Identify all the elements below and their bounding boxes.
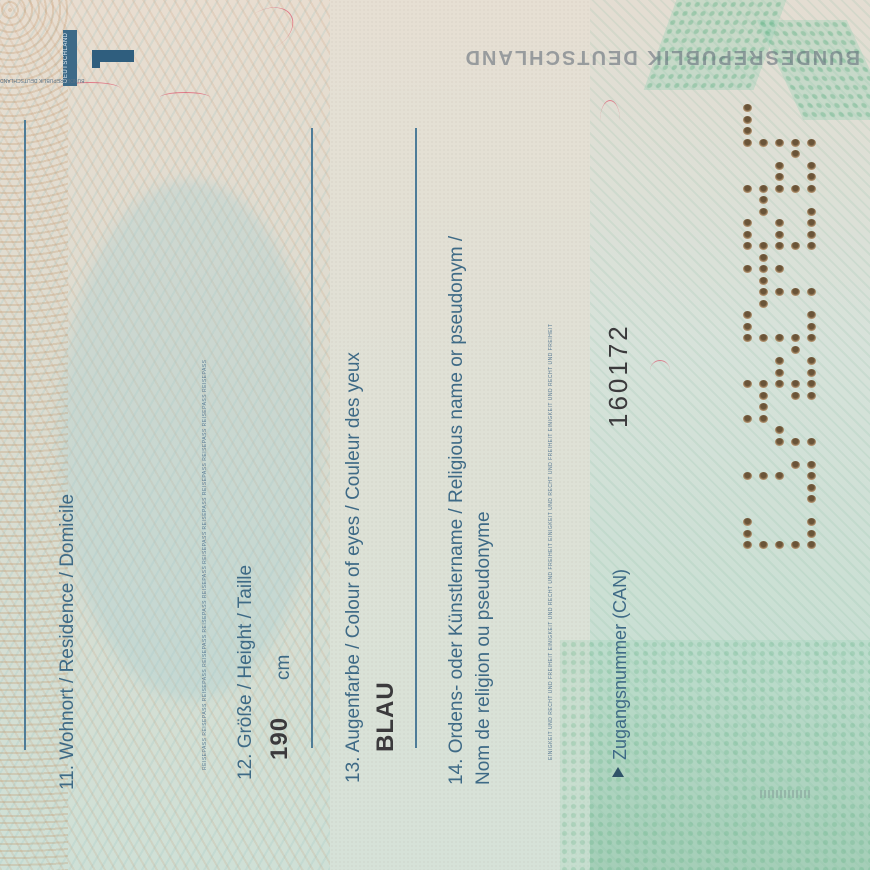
perforation-hole bbox=[743, 265, 752, 273]
perforation-hole bbox=[807, 139, 816, 147]
perforation-hole bbox=[775, 426, 784, 434]
perforation-hole bbox=[807, 231, 816, 239]
perforation-hole bbox=[807, 392, 816, 400]
perforation-hole bbox=[791, 461, 800, 469]
perforated-document-number bbox=[735, 100, 825, 680]
perforation-hole bbox=[775, 288, 784, 296]
perforation-hole bbox=[775, 242, 784, 250]
perforation-hole bbox=[759, 403, 768, 411]
perforation-hole bbox=[791, 380, 800, 388]
perforation-hole bbox=[759, 242, 768, 250]
perforation-hole bbox=[807, 173, 816, 181]
perforation-hole bbox=[807, 334, 816, 342]
perforation-hole bbox=[759, 196, 768, 204]
mirrored-header-text: BUNDESREPUBLIK DEUTSCHLAND bbox=[140, 44, 860, 70]
perforation-hole bbox=[807, 311, 816, 319]
field-label-height: 12. Größe / Height / Taille bbox=[236, 535, 257, 780]
perforation-hole bbox=[807, 518, 816, 526]
perforation-hole bbox=[759, 380, 768, 388]
triangle-up-icon bbox=[612, 767, 624, 777]
perforation-hole bbox=[759, 541, 768, 549]
perforation-hole bbox=[807, 541, 816, 549]
perforation-hole bbox=[791, 150, 800, 158]
field-unit-height: cm bbox=[273, 645, 295, 680]
perforation-hole bbox=[807, 369, 816, 377]
perforation-hole bbox=[791, 185, 800, 193]
perforation-hole bbox=[791, 139, 800, 147]
field-label-residence: 11. Wohnort / Residence / Domicile bbox=[58, 440, 79, 790]
security-fiber bbox=[600, 100, 620, 141]
microprint-line: EINIGKEIT UND RECHT UND FREIHEIT EINIGKE… bbox=[548, 120, 554, 760]
field-value-height: 190 bbox=[266, 700, 294, 760]
security-fiber bbox=[160, 92, 210, 103]
field-label-religious-name: 14. Ordens- oder Künstlername / Religiou… bbox=[447, 155, 468, 785]
perforation-hole bbox=[775, 541, 784, 549]
perforation-hole bbox=[759, 288, 768, 296]
perforation-hole bbox=[807, 461, 816, 469]
perforation-hole bbox=[807, 219, 816, 227]
perforation-hole bbox=[743, 415, 752, 423]
perforation-hole bbox=[775, 357, 784, 365]
perforation-hole bbox=[759, 334, 768, 342]
perforation-hole bbox=[759, 392, 768, 400]
field-rule-eye-colour bbox=[415, 128, 417, 748]
perforation-hole bbox=[743, 139, 752, 147]
perforation-hole bbox=[807, 242, 816, 250]
perforation-hole bbox=[775, 173, 784, 181]
security-fiber bbox=[650, 360, 670, 381]
perforation-hole bbox=[775, 139, 784, 147]
perforation-hole bbox=[791, 541, 800, 549]
perforation-hole bbox=[743, 472, 752, 480]
perforation-hole bbox=[743, 219, 752, 227]
perforation-hole bbox=[743, 127, 752, 135]
perforation-hole bbox=[743, 530, 752, 538]
perforation-hole bbox=[743, 518, 752, 526]
perforation-hole bbox=[807, 380, 816, 388]
microprint-line: REISEPASS REISEPASS REISEPASS REISEPASS … bbox=[202, 120, 208, 770]
perforation-hole bbox=[743, 541, 752, 549]
perforation-hole bbox=[807, 357, 816, 365]
perforation-hole bbox=[775, 231, 784, 239]
field-rule-height bbox=[311, 128, 313, 748]
perforation-hole bbox=[743, 116, 752, 124]
page-edge-mark bbox=[760, 790, 812, 798]
perforation-hole bbox=[807, 208, 816, 216]
perforation-hole bbox=[775, 472, 784, 480]
microprint-country: BUNDESREPUBLIK DEUTSCHLAND bbox=[0, 77, 84, 83]
perforation-hole bbox=[743, 242, 752, 250]
perforation-hole bbox=[807, 323, 816, 331]
perforation-hole bbox=[807, 530, 816, 538]
perforation-hole bbox=[743, 323, 752, 331]
perforation-hole bbox=[759, 265, 768, 273]
perforation-hole bbox=[807, 472, 816, 480]
perforation-hole bbox=[791, 438, 800, 446]
perforation-hole bbox=[775, 219, 784, 227]
perforation-hole bbox=[759, 208, 768, 216]
field-label-eye-colour: 13. Augenfarbe / Colour of eyes / Couleu… bbox=[344, 283, 365, 783]
perforation-hole bbox=[743, 231, 752, 239]
can-label: Zugangsnummer (CAN) bbox=[611, 515, 631, 760]
field-label-religious-name-fr: Nom de religion ou pseudonyme bbox=[474, 430, 495, 785]
field-rule-residence bbox=[24, 120, 26, 750]
perforation-hole bbox=[759, 472, 768, 480]
perforation-hole bbox=[791, 334, 800, 342]
can-value: 160172 bbox=[603, 268, 634, 428]
field-value-eye-colour: BLAU bbox=[372, 672, 400, 752]
perforation-hole bbox=[759, 415, 768, 423]
perforation-hole bbox=[791, 242, 800, 250]
perforation-hole bbox=[807, 484, 816, 492]
perforation-hole bbox=[775, 265, 784, 273]
perforation-hole bbox=[791, 288, 800, 296]
perforation-hole bbox=[775, 185, 784, 193]
perforation-hole bbox=[775, 334, 784, 342]
perforation-hole bbox=[743, 185, 752, 193]
perforation-hole bbox=[759, 254, 768, 262]
perforation-hole bbox=[807, 438, 816, 446]
tint-blob bbox=[60, 180, 320, 700]
perforation-hole bbox=[775, 438, 784, 446]
perforation-hole bbox=[775, 380, 784, 388]
perforation-hole bbox=[743, 104, 752, 112]
perforation-hole bbox=[775, 162, 784, 170]
perforation-hole bbox=[743, 311, 752, 319]
perforation-hole bbox=[807, 162, 816, 170]
perforation-hole bbox=[759, 139, 768, 147]
perforation-hole bbox=[743, 380, 752, 388]
page-number-mark bbox=[92, 50, 134, 62]
perforation-hole bbox=[807, 495, 816, 503]
perforation-hole bbox=[759, 300, 768, 308]
perforation-hole bbox=[807, 288, 816, 296]
perforation-hole bbox=[743, 334, 752, 342]
perforation-hole bbox=[807, 185, 816, 193]
perforation-hole bbox=[791, 346, 800, 354]
perforation-hole bbox=[759, 185, 768, 193]
perforation-hole bbox=[759, 277, 768, 285]
perforation-hole bbox=[775, 369, 784, 377]
perforation-hole bbox=[791, 392, 800, 400]
